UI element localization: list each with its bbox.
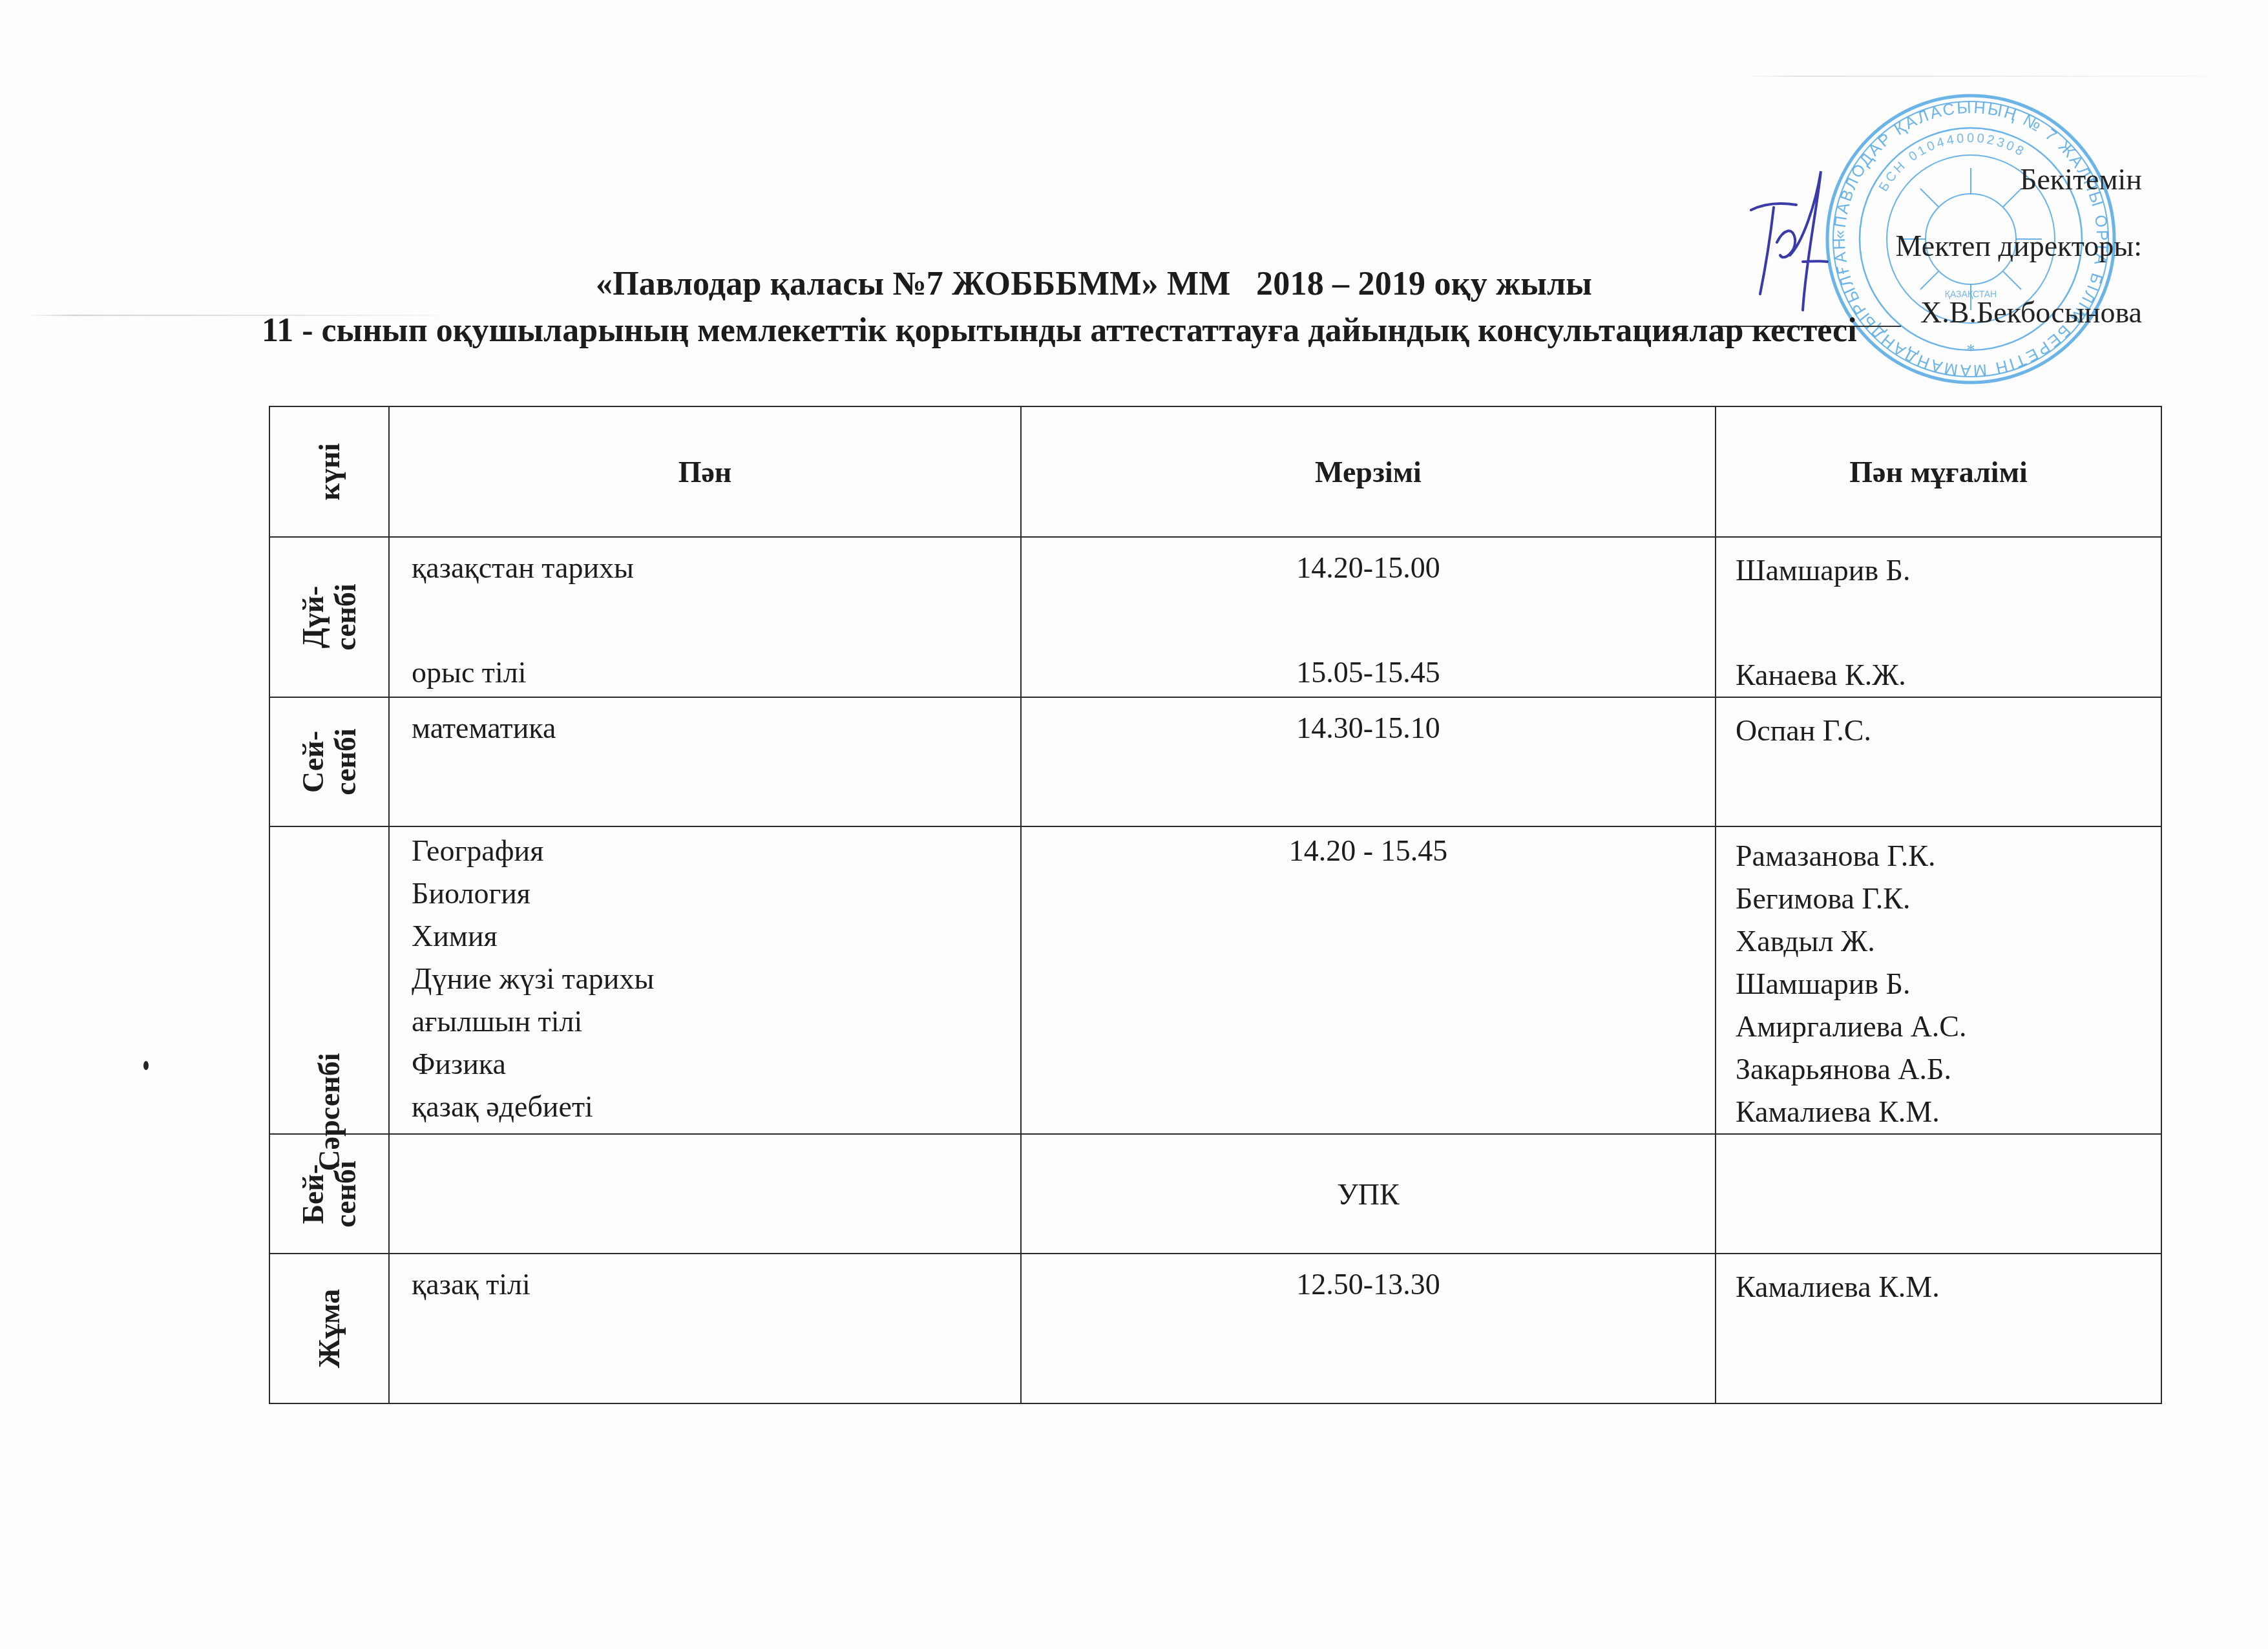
time-cell: 14.30-15.10 (1021, 697, 1716, 826)
day-cell: Бей- сенбі (269, 1134, 389, 1254)
document-title: «Павлодар қаласы №7 ЖОБББМM» ММ 2018 – 2… (0, 265, 2268, 303)
consultation-schedule-table: күні Пән Мерзімі Пән мұғалімі Дүй- сенбі… (269, 406, 2162, 1404)
time-cell: 14.20 - 15.45 (1021, 826, 1716, 1134)
day-cell: Дүй- сенбі (269, 537, 389, 697)
subject-cell: қазақстан тарихы орыс тілі (389, 537, 1021, 697)
day-cell: Жұма (269, 1254, 389, 1403)
table-row: Бей- сенбі УПК (269, 1134, 2161, 1254)
table-row: Сәрсенбі География Биология Химия Дүние … (269, 826, 2161, 1134)
day-cell: Сей- сенбі (269, 697, 389, 826)
header-teacher: Пән мұғалімі (1716, 406, 2161, 537)
header-day: күні (269, 406, 389, 537)
scan-artifact (1745, 76, 2262, 77)
approval-heading: Бекітемін (1896, 146, 2142, 213)
document-subtitle: 11 - сынып оқушыларының мемлекеттік қоры… (262, 311, 1857, 350)
table-row: Жұма қазақ тілі 12.50-13.30 Камалиева К.… (269, 1254, 2161, 1403)
subject-cell (389, 1134, 1021, 1254)
approval-block: Бекітемін Мектеп директоры: Х.В.Бекбосын… (1896, 146, 2142, 346)
time-cell: УПК (1021, 1134, 1716, 1254)
time-cell: 14.20-15.00 15.05-15.45 (1021, 537, 1716, 697)
teacher-cell (1716, 1134, 2161, 1254)
teacher-cell: Камалиева К.М. (1716, 1254, 2161, 1403)
teacher-cell: Оспан Г.С. (1716, 697, 2161, 826)
time-cell: 12.50-13.30 (1021, 1254, 1716, 1403)
subject-cell: География Биология Химия Дүние жүзі тари… (389, 826, 1021, 1134)
header-time: Мерзімі (1021, 406, 1716, 537)
table-row: Сей- сенбі математика 14.30-15.10 Оспан … (269, 697, 2161, 826)
table-header-row: күні Пән Мерзімі Пән мұғалімі (269, 406, 2161, 537)
teacher-cell: Шамшарив Б. Канаева К.Ж. (1716, 537, 2161, 697)
subject-cell: математика (389, 697, 1021, 826)
subject-cell: қазақ тілі (389, 1254, 1021, 1403)
day-cell: Сәрсенбі (269, 826, 389, 1134)
table-row: Дүй- сенбі қазақстан тарихы орыс тілі 14… (269, 537, 2161, 697)
teacher-cell: Рамазанова Г.К. Бегимова Г.К. Хавдыл Ж. … (1716, 826, 2161, 1134)
scan-speck (143, 1061, 149, 1070)
header-subject: Пән (389, 406, 1021, 537)
